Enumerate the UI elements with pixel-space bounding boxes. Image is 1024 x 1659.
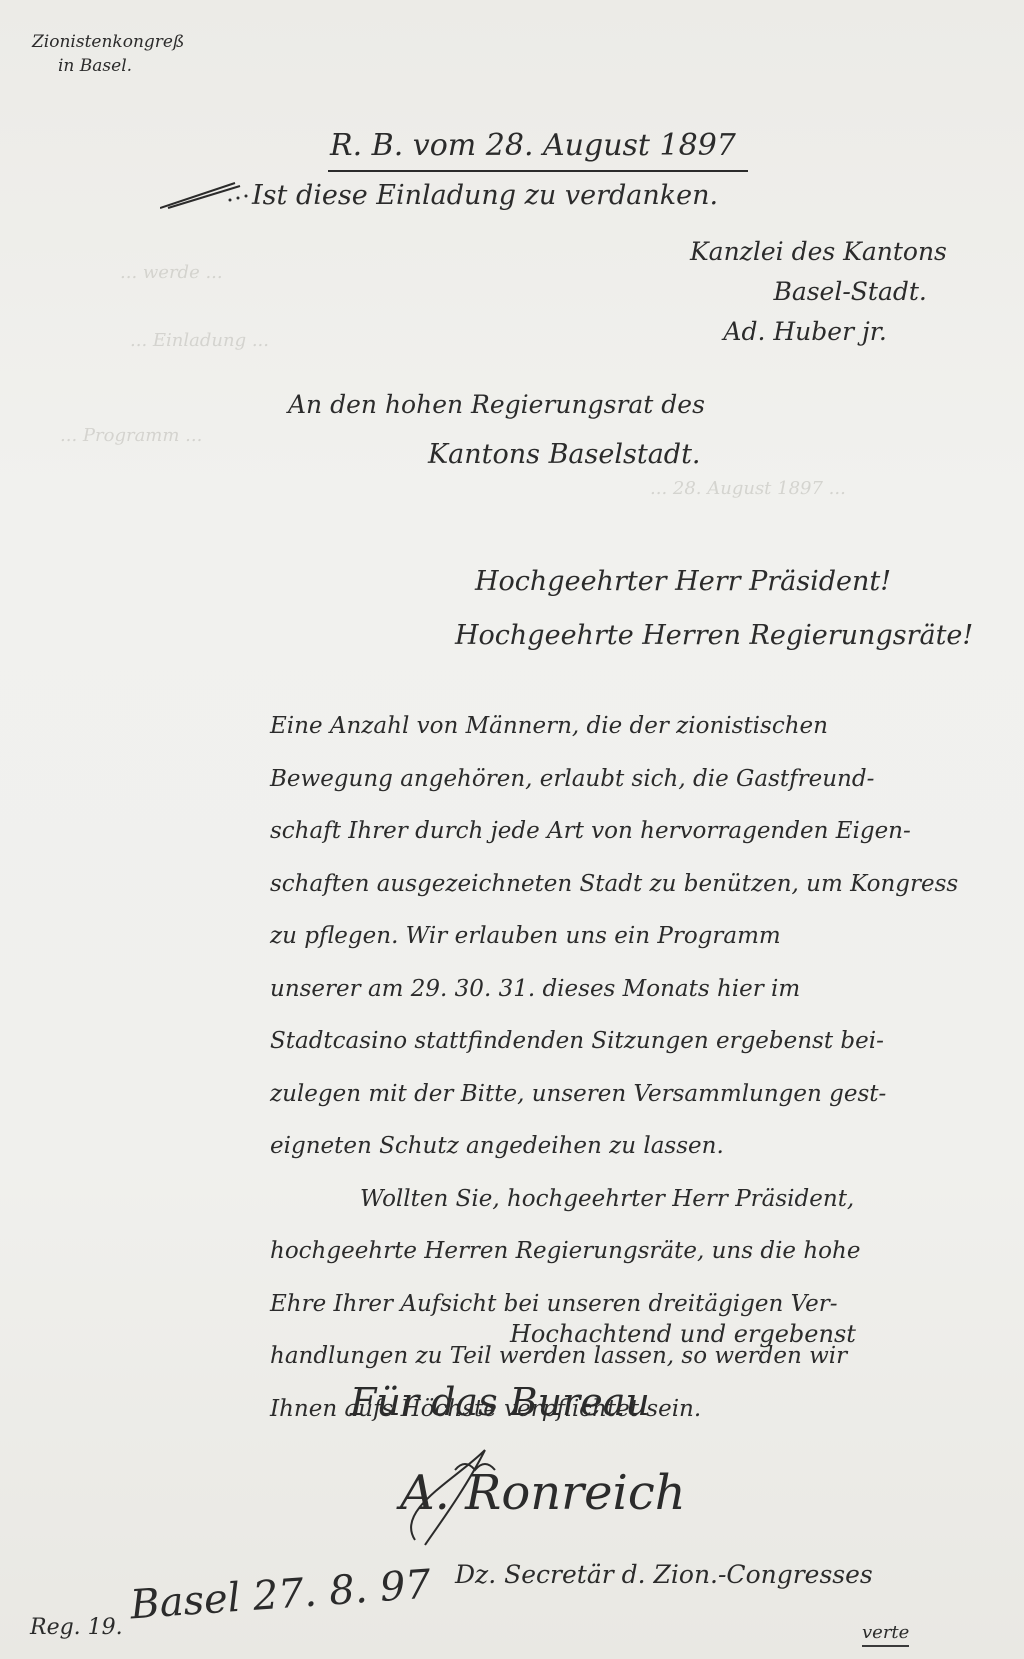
salutation-line2: Hochgeehrte Herren Regierungsräte!	[455, 609, 973, 663]
office-stamp: Kanzlei des Kantons Basel-Stadt. Ad. Hub…	[690, 232, 947, 352]
signer-title: Dz. Secretär d. Zion.-Congresses	[455, 1560, 873, 1589]
strike-lines-icon	[160, 180, 250, 210]
header-underline	[328, 170, 748, 172]
body-line: Eine Anzahl von Männern, die der zionist…	[270, 700, 958, 753]
corner-note-line2: in Basel.	[32, 54, 184, 78]
corner-note: Zionistenkongreß in Basel.	[32, 30, 184, 78]
signature: A. Ronreich	[400, 1465, 686, 1521]
bleedthrough-text: ... Programm ...	[60, 425, 202, 446]
body-line: Stadtcasino stattfindenden Sitzungen erg…	[270, 1015, 958, 1068]
addressee: An den hohen Regierungsrat des Kantons B…	[288, 380, 705, 480]
body-line: Wollten Sie, hochgeehrter Herr Präsident…	[270, 1173, 958, 1226]
body-line: schaften ausgezeichneten Stadt zu benütz…	[270, 858, 958, 911]
bleedthrough-text: ... Einladung ...	[130, 330, 269, 351]
salutation: Hochgeehrter Herr Präsident! Hochgeehrte…	[475, 555, 973, 663]
verte-note: verte	[862, 1622, 909, 1647]
office-line1: Kanzlei des Kantons	[690, 232, 947, 272]
header-reference: R. B. vom 28. August 1897	[330, 128, 736, 163]
corner-note-line1: Zionistenkongreß	[32, 32, 184, 52]
body-line: eigneten Schutz angedeihen zu lassen.	[270, 1120, 958, 1173]
addressee-line2: Kantons Baselstadt.	[288, 430, 705, 480]
salutation-line1: Hochgeehrter Herr Präsident!	[475, 566, 891, 597]
closing-line: Hochachtend und ergebenst	[510, 1320, 856, 1348]
bleedthrough-text: ... 28. August 1897 ...	[650, 478, 846, 499]
addressee-line1: An den hohen Regierungsrat des	[288, 390, 705, 419]
office-line3: Ad. Huber jr.	[690, 312, 947, 352]
body-line: zulegen mit der Bitte, unseren Versammlu…	[270, 1068, 958, 1121]
body-line: Bewegung angehören, erlaubt sich, die Ga…	[270, 753, 958, 806]
body-line: unserer am 29. 30. 31. dieses Monats hie…	[270, 963, 958, 1016]
registry-number: Reg. 19.	[30, 1615, 123, 1640]
invitation-note: Ist diese Einladung zu verdanken.	[252, 180, 718, 211]
letter-page: Zionistenkongreß in Basel. ... werde ...…	[0, 0, 1024, 1659]
place-date: Basel 27. 8. 97	[129, 1562, 433, 1629]
for-bureau: Für das Bureau	[350, 1380, 650, 1424]
body-line: zu pflegen. Wir erlauben uns ein Program…	[270, 910, 958, 963]
body-line: hochgeehrte Herren Regierungsräte, uns d…	[270, 1225, 958, 1278]
office-line2: Basel-Stadt.	[690, 272, 947, 312]
body-line: schaft Ihrer durch jede Art von hervorra…	[270, 805, 958, 858]
bleedthrough-text: ... werde ...	[120, 262, 223, 283]
